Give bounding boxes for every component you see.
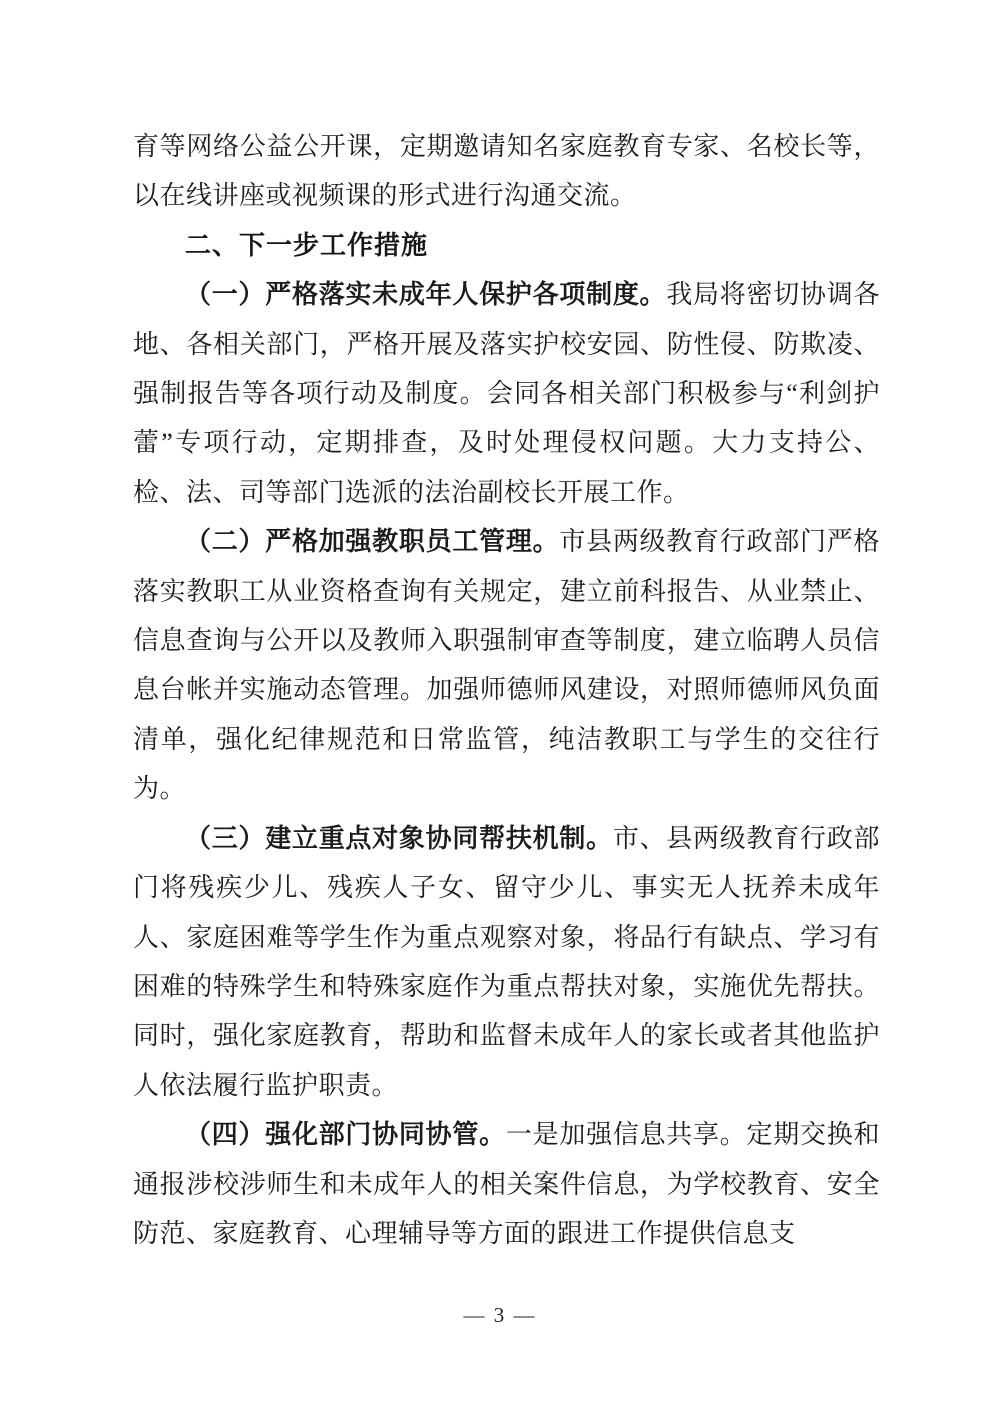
item-2-lead: （二）严格加强教职员工管理。 xyxy=(185,527,559,556)
paragraph-item-4: （四）强化部门协同协管。一是加强信息共享。定期交换和通报涉校涉师生和未成年人的相… xyxy=(133,1110,880,1258)
page-number: — 3 — xyxy=(464,1303,537,1327)
item-3-lead: （三）建立重点对象协同帮扶机制。 xyxy=(185,824,613,853)
item-4-lead: （四）强化部门协同协管。 xyxy=(185,1120,506,1149)
section-heading: 二、下一步工作措施 xyxy=(133,221,880,270)
page-footer: — 3 — xyxy=(0,1303,1000,1328)
paragraph-item-2: （二）严格加强教职员工管理。市县两级教育行政部门严格落实教职工从业资格查询有关规… xyxy=(133,517,880,813)
paragraph-item-3: （三）建立重点对象协同帮扶机制。市、县两级教育行政部门将残疾少儿、残疾人子女、留… xyxy=(133,814,880,1110)
paragraph-item-1: （一）严格落实未成年人保护各项制度。我局将密切协调各地、各相关部门，严格开展及落… xyxy=(133,270,880,517)
item-3-body: 市、县两级教育行政部门将残疾少儿、残疾人子女、留守少儿、事实无人抚养未成年人、家… xyxy=(133,824,880,1100)
item-1-body: 我局将密切协调各地、各相关部门，严格开展及落实护校安园、防性侵、防欺凌、强制报告… xyxy=(133,280,880,507)
paragraph-continuation: 育等网络公益公开课，定期邀请知名家庭教育专家、名校长等，以在线讲座或视频课的形式… xyxy=(133,122,880,221)
item-1-lead: （一）严格落实未成年人保护各项制度。 xyxy=(185,280,666,309)
document-body: 育等网络公益公开课，定期邀请知名家庭教育专家、名校长等，以在线讲座或视频课的形式… xyxy=(133,122,880,1258)
item-2-body: 市县两级教育行政部门严格落实教职工从业资格查询有关规定，建立前科报告、从业禁止、… xyxy=(133,527,880,803)
document-page: 育等网络公益公开课，定期邀请知名家庭教育专家、名校长等，以在线讲座或视频课的形式… xyxy=(0,0,1000,1414)
